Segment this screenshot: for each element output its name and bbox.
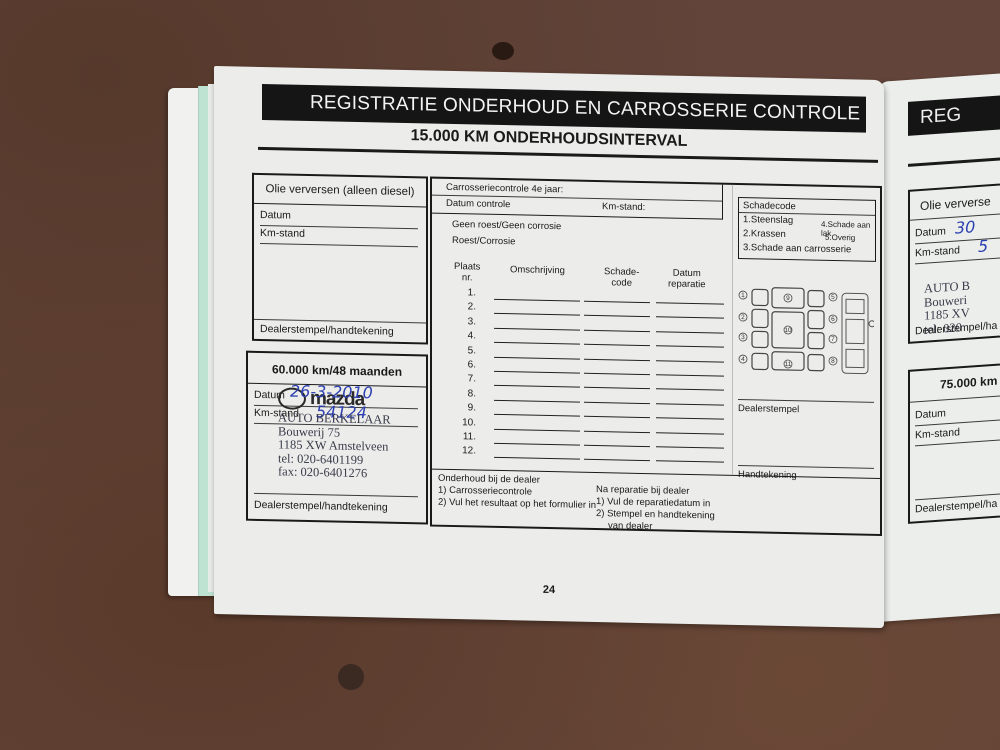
repair-date-field[interactable] <box>656 317 724 319</box>
description-field[interactable] <box>494 385 580 388</box>
service-date-handwritten: 26-3-2010 <box>290 382 373 403</box>
check-km-label: Km-stand: <box>602 201 645 213</box>
row-number: 12. <box>452 445 476 457</box>
repair-date-field[interactable] <box>656 374 724 376</box>
right-page: REG Olie ververse Datum 30 Km-stand 5 AU… <box>878 72 1000 622</box>
repair-note: Na reparatie bij dealer 1) Vul de repara… <box>596 484 715 534</box>
right-page-rule <box>908 155 1000 167</box>
stamp-fax: fax: 020-6401276 <box>278 465 391 481</box>
damage-code-field[interactable] <box>584 330 650 332</box>
right-oil-heading: Olie ververse <box>920 194 991 213</box>
dealer-note: Onderhoud bij de dealer 1) Carrosserieco… <box>438 473 596 512</box>
repair-date-field[interactable] <box>656 417 724 419</box>
damage-code-field[interactable] <box>584 402 650 404</box>
svg-text:7: 7 <box>831 336 835 343</box>
svg-text:4: 4 <box>741 356 745 363</box>
description-field[interactable] <box>494 457 580 460</box>
car-damage-diagram: 1234567891011 <box>738 285 874 380</box>
description-field[interactable] <box>494 443 580 446</box>
option-rust: Roest/Corrosie <box>452 235 515 247</box>
wall-hole <box>338 664 364 690</box>
column-divider <box>732 185 733 475</box>
col-description: Omschrijving <box>510 264 565 276</box>
damage-code-field[interactable] <box>584 387 650 389</box>
description-field[interactable] <box>494 328 580 331</box>
service-heading: 60.000 km/48 maanden <box>248 362 426 380</box>
oil-date-label: Datum <box>260 209 291 222</box>
oil-signature-label: Dealerstempel/handtekening <box>260 323 394 338</box>
main-page: REGISTRATIE ONDERHOUD EN CARROSSERIE CON… <box>214 66 884 628</box>
description-field[interactable] <box>494 299 580 302</box>
signature-label: Handtekening <box>738 469 797 481</box>
col-date-line1: Datum <box>668 268 706 280</box>
right-service-heading: 75.000 km <box>940 374 997 392</box>
col-place: Plaats nr. <box>454 261 480 284</box>
right-oil-box: Olie ververse Datum 30 Km-stand 5 AUTO B… <box>908 181 1000 344</box>
col-place-line1: Plaats <box>454 261 480 273</box>
row-number: 3. <box>452 316 476 328</box>
wall-hole <box>492 42 514 60</box>
repair-date-field[interactable] <box>656 345 724 347</box>
code-2: 2.Krassen <box>743 228 786 240</box>
row-number: 11. <box>452 431 476 443</box>
right-date-handwritten: 30 <box>955 217 975 237</box>
row-number: 2. <box>452 301 476 313</box>
col-place-line2: nr. <box>454 272 480 284</box>
svg-text:3: 3 <box>741 334 745 341</box>
oil-change-box: Olie verversen (alleen diesel) Datum Km-… <box>252 173 428 345</box>
repair-date-field[interactable] <box>656 446 724 448</box>
description-field[interactable] <box>494 414 580 417</box>
row-number: 6. <box>452 359 476 371</box>
row-number: 1. <box>452 287 476 299</box>
description-field[interactable] <box>494 400 580 403</box>
repair-date-field[interactable] <box>656 389 724 391</box>
description-field[interactable] <box>494 356 580 359</box>
right-signature-label-2: Dealerstempel/ha <box>915 498 997 516</box>
damage-code-field[interactable] <box>584 459 650 461</box>
svg-text:5: 5 <box>831 294 835 301</box>
col-damage-code: Schade- code <box>604 266 639 289</box>
stamp-line <box>738 399 874 403</box>
col-code-line1: Schade- <box>604 266 639 278</box>
description-field[interactable] <box>494 342 580 345</box>
code-5: 5.Overig <box>825 233 855 243</box>
svg-text:1: 1 <box>741 292 745 299</box>
code-3: 3.Schade aan carrosserie <box>743 242 851 255</box>
repair-note-step2-cont: van dealer <box>596 520 715 534</box>
damage-code-field[interactable] <box>584 301 650 303</box>
legend-heading: Schadecode <box>743 200 796 212</box>
damage-code-field[interactable] <box>584 358 650 360</box>
repair-date-field[interactable] <box>656 403 724 405</box>
check-date-label: Datum controle <box>446 198 510 210</box>
right-date-label: Datum <box>915 225 946 239</box>
divider <box>910 393 1000 403</box>
svg-text:6: 6 <box>831 316 835 323</box>
oil-km-label: Km-stand <box>260 227 305 240</box>
km-line <box>260 243 418 247</box>
row-number: 8. <box>452 388 476 400</box>
svg-text:9: 9 <box>786 295 790 302</box>
signature-line <box>254 493 418 497</box>
col-date-line2: reparatie <box>668 279 706 291</box>
service-signature-label: Dealerstempel/handtekening <box>254 499 388 514</box>
svg-text:10: 10 <box>784 327 792 334</box>
row-number: 10. <box>452 417 476 429</box>
option-no-rust: Geen roest/Geen corrosie <box>452 219 561 232</box>
svg-text:11: 11 <box>785 361 792 368</box>
dealer-stamp-label: Dealerstempel <box>738 403 799 415</box>
signature-line <box>738 465 874 469</box>
code-1: 1.Steenslag <box>743 214 793 226</box>
repair-date-field[interactable] <box>656 461 724 463</box>
description-field[interactable] <box>494 313 580 316</box>
damage-code-field[interactable] <box>584 344 650 346</box>
description-field[interactable] <box>494 428 580 431</box>
row-number: 7. <box>452 373 476 385</box>
damage-code-field[interactable] <box>584 445 650 447</box>
repair-date-field[interactable] <box>656 360 724 362</box>
service-60000-box: 60.000 km/48 maanden Datum Km-stand mazd… <box>246 351 428 525</box>
svg-text:2: 2 <box>741 314 745 321</box>
page-number: 24 <box>214 577 884 603</box>
right-service-box: 75.000 km Datum Km-stand Dealerstempel/h… <box>908 361 1000 524</box>
damage-code-field[interactable] <box>584 416 650 418</box>
right-date-label-2: Datum <box>915 407 946 421</box>
right-km-label-2: Km-stand <box>915 426 960 441</box>
damage-code-field[interactable] <box>584 373 650 375</box>
repair-date-field[interactable] <box>656 302 724 304</box>
col-code-line2: code <box>604 277 639 289</box>
row-number: 5. <box>452 345 476 357</box>
description-field[interactable] <box>494 371 580 374</box>
dealer-stamp: AUTO BERKELAAR Bouwerij 75 1185 XW Amste… <box>278 411 391 481</box>
right-page-title: REG <box>908 92 1000 136</box>
body-check-box: Carrosseriecontrole 4e jaar: Datum contr… <box>430 177 882 536</box>
row-number: 4. <box>452 330 476 342</box>
right-km-label: Km-stand <box>915 244 960 259</box>
repair-date-field[interactable] <box>656 432 724 434</box>
svg-text:8: 8 <box>831 358 835 365</box>
dealer-note-step2: 2) Vul het resultaat op het formulier in <box>438 497 596 512</box>
right-km-handwritten: 5 <box>978 236 988 256</box>
damage-code-legend: Schadecode 1.Steenslag 2.Krassen 3.Schad… <box>738 197 876 262</box>
damage-code-field[interactable] <box>584 430 650 432</box>
repair-date-field[interactable] <box>656 331 724 333</box>
row-number: 9. <box>452 402 476 414</box>
oil-change-heading: Olie verversen (alleen diesel) <box>254 183 426 199</box>
divider <box>254 203 426 208</box>
col-repair-date: Datum reparatie <box>668 268 706 291</box>
damage-code-field[interactable] <box>584 315 650 317</box>
